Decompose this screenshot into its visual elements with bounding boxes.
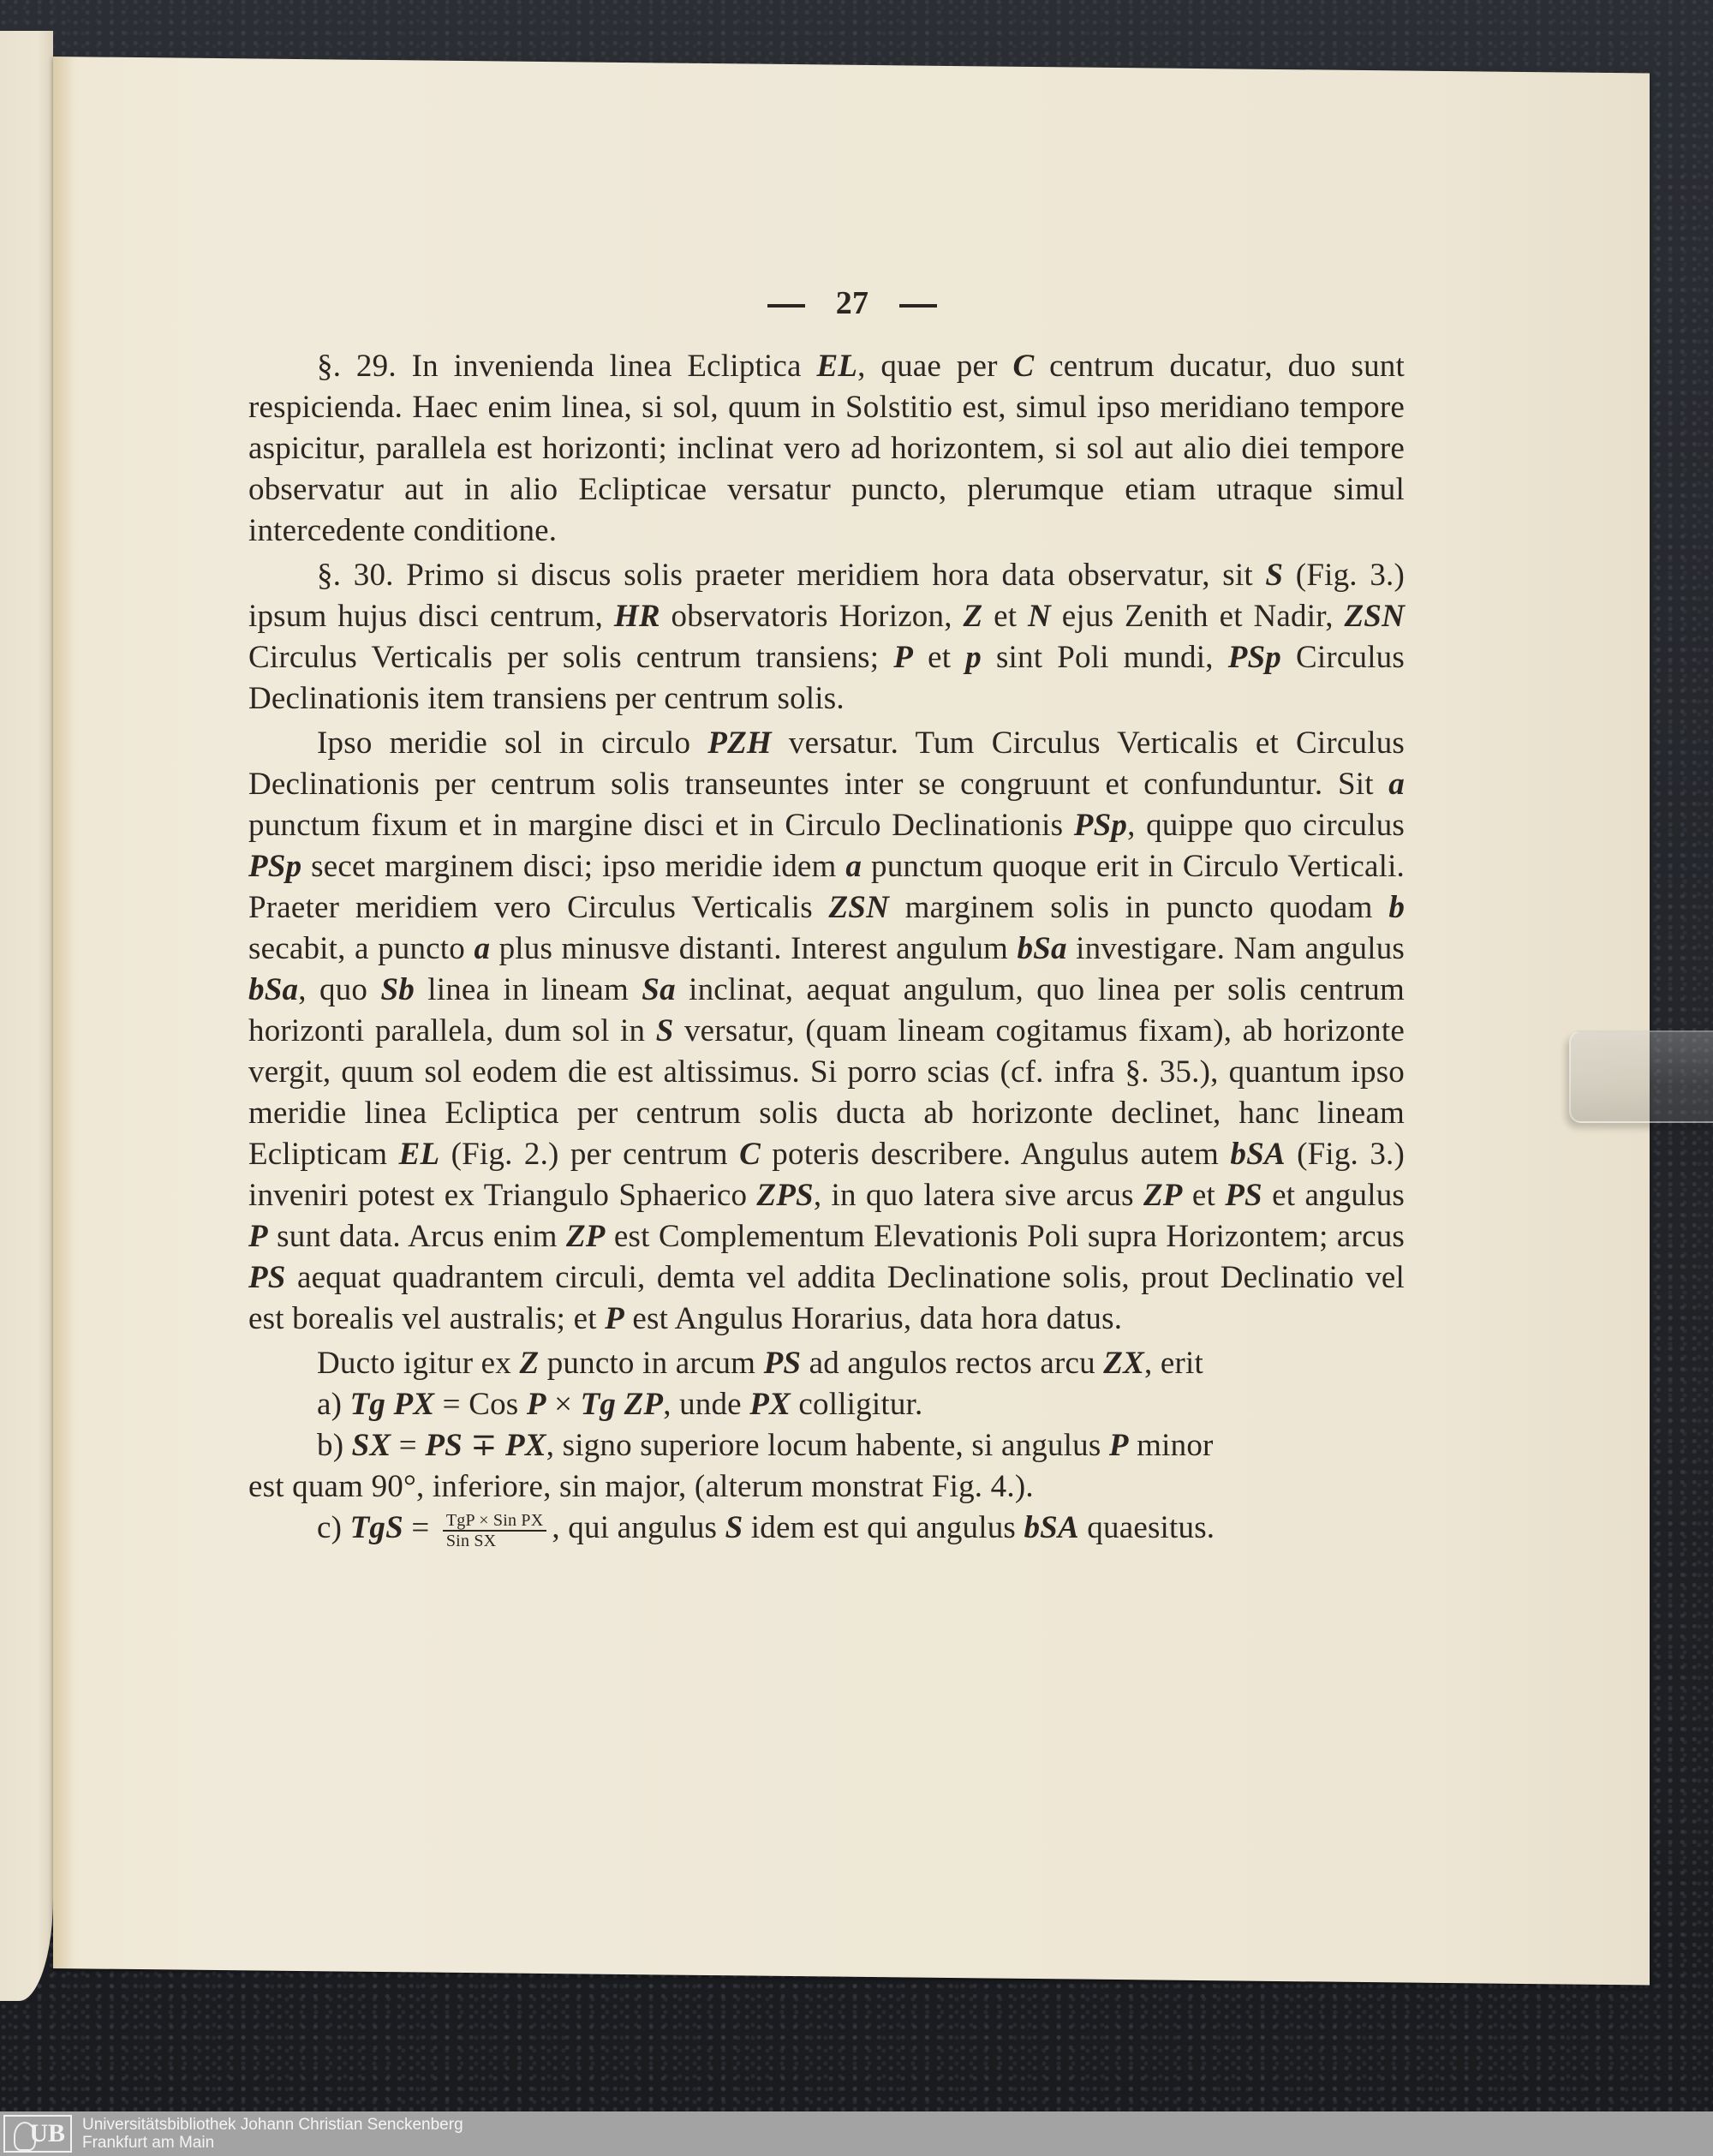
institution-city: Frankfurt am Main [82,2134,463,2152]
institution-name: Universitätsbibliothek Johann Christian … [82,2116,463,2134]
formula-a: a) Tg PX = Cos P × Tg ZP, unde PX collig… [248,1384,1405,1425]
formula-c: c) TgS = TgP × Sin PX Sin SX , qui angul… [248,1508,1405,1550]
formula-c-fraction: TgP × Sin PX Sin SX [443,1511,547,1550]
page-number: 27 [300,283,1405,324]
page-text: 27 §. 29. In invenienda linea Ecliptica … [248,283,1405,1550]
paragraph-s30: §. 30. Primo si discus solis praeter mer… [248,555,1405,720]
paragraph-s30-continued: Ipso meridie sol in circulo PZH versatur… [248,723,1405,1340]
facing-page-edge [0,31,53,2001]
formula-b: b) SX = PS ∓ PX, signo superiore locum h… [248,1425,1405,1466]
gutter-shadow [53,57,74,1968]
formula-c-lhs: c) TgS = [317,1510,429,1545]
formula-b-continued: est quam 90°, inferiore, sin major, (alt… [248,1466,1405,1508]
fraction-denominator: Sin SX [443,1532,547,1550]
glass-page-weight [1569,1030,1713,1123]
fraction-numerator: TgP × Sin PX [443,1511,547,1532]
institution-label: Universitätsbibliothek Johann Christian … [82,2116,463,2152]
paragraph-s29: §. 29. In invenienda linea Ecliptica EL,… [248,346,1405,552]
dash-right [899,304,937,308]
dash-left [767,304,805,308]
portrait-bust-icon [14,2122,36,2151]
paragraph-ducto: Ducto igitur ex Z puncto in arcum PS ad … [248,1343,1405,1384]
ub-logo: UB [3,2115,72,2153]
page-number-value: 27 [836,285,868,321]
footer-bar: UB Universitätsbibliothek Johann Christi… [0,2111,1713,2156]
formula-c-rest: , qui angulus S idem est qui angulus bSA… [552,1510,1215,1545]
